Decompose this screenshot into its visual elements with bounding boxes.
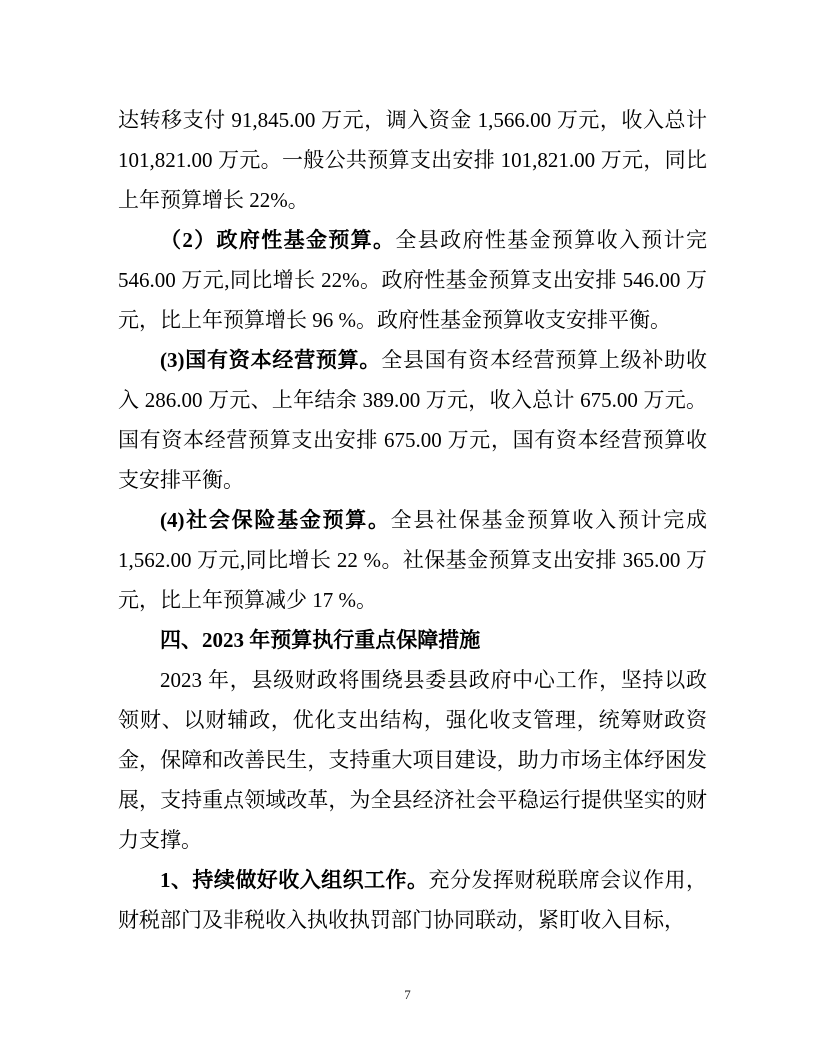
paragraph-lead: (4)社会保险基金预算。 [160,508,391,532]
page-number: 7 [0,986,815,1004]
paragraph-lead: 1、持续做好收入组织工作。 [160,868,428,892]
paragraph: 2023 年，县级财政将围绕县委县政府中心工作，坚持以政领财、以财辅政，优化支出… [118,660,707,860]
paragraph: (3)国有资本经营预算。全县国有资本经营预算上级补助收入 286.00 万元、上… [118,340,707,500]
paragraph-text: 2023 年，县级财政将围绕县委县政府中心工作，坚持以政领财、以财辅政，优化支出… [118,668,707,852]
paragraph-lead: (3)国有资本经营预算。 [160,348,381,372]
document-body: 达转移支付 91,845.00 万元，调入资金 1,566.00 万元，收入总计… [118,100,707,940]
paragraph-text: 达转移支付 91,845.00 万元，调入资金 1,566.00 万元，收入总计… [118,108,707,212]
document-page: 达转移支付 91,845.00 万元，调入资金 1,566.00 万元，收入总计… [0,0,815,1055]
paragraph: (4)社会保险基金预算。全县社保基金预算收入预计完成 1,562.00 万元,同… [118,500,707,620]
paragraph: （2）政府性基金预算。全县政府性基金预算收入预计完 546.00 万元,同比增长… [118,220,707,340]
paragraph-list: 达转移支付 91,845.00 万元，调入资金 1,566.00 万元，收入总计… [118,100,707,940]
paragraph: 1、持续做好收入组织工作。充分发挥财税联席会议作用，财税部门及非税收入执收执罚部… [118,860,707,940]
paragraph-lead: 四、2023 年预算执行重点保障措施 [160,628,480,652]
paragraph-lead: （2）政府性基金预算。 [160,228,395,252]
paragraph: 达转移支付 91,845.00 万元，调入资金 1,566.00 万元，收入总计… [118,100,707,220]
section-heading: 四、2023 年预算执行重点保障措施 [118,620,707,660]
